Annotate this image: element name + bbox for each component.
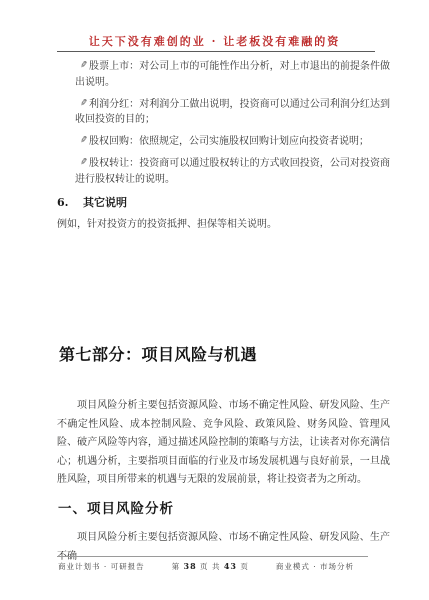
list-item-text: 股票上市：对公司上市的可能性作出分析，对上市退出的前提条件做出说明。 bbox=[75, 61, 390, 88]
section-6-number: 6. bbox=[57, 196, 83, 209]
footer-right-label: 商业模式 · 市场分析 bbox=[276, 561, 354, 572]
pen-icon: ✎ bbox=[74, 155, 89, 173]
footer-rule bbox=[57, 556, 368, 557]
list-item-text: 利润分红：对利润分工做出说明，投资商可以通过公司利润分红达到收回投资的目的； bbox=[75, 99, 390, 126]
list-item: ✎股权回购：依照规定，公司实施股权回购计划应向投资者说明； bbox=[57, 134, 390, 150]
footer-left-label: 商业计划书 · 可研报告 bbox=[58, 561, 145, 572]
list-item-text: 股权转让：投资商可以通过股权转让的方式收回投资，公司对投资商进行股权转让的说明。 bbox=[75, 158, 390, 185]
part7-title: 第七部分：项目风险与机遇 bbox=[59, 342, 257, 365]
section-6-heading: 6.其它说明 bbox=[57, 194, 390, 210]
page-footer: 商业计划书 · 可研报告 第 38 页 共 43 页 商业模式 · 市场分析 bbox=[58, 561, 354, 572]
list-item: ✎股权转让：投资商可以通过股权转让的方式收回投资，公司对投资商进行股权转让的说明… bbox=[57, 156, 390, 187]
header-slogan: 让天下没有难创的业 · 让老板没有难融的资 bbox=[40, 33, 389, 49]
list-item: ✎股票上市：对公司上市的可能性作出分析，对上市退出的前提条件做出说明。 bbox=[57, 59, 390, 90]
footer-page-indicator: 第 38 页 共 43 页 bbox=[172, 561, 249, 572]
part7-intro-paragraph: 项目风险分析主要包括资源风险、市场不确定性风险、研发风险、生产不确定性风险、成本… bbox=[57, 397, 390, 490]
document-page: 让天下没有难创的业 · 让老板没有难融的资 ✎股票上市：对公司上市的可能性作出分… bbox=[0, 0, 429, 600]
total-page-number: 43 bbox=[224, 561, 237, 571]
risk-analysis-heading: 一、项目风险分析 bbox=[58, 497, 174, 517]
header-rule bbox=[57, 51, 375, 52]
current-page-number: 38 bbox=[184, 561, 197, 571]
pen-icon: ✎ bbox=[74, 95, 89, 113]
section-6-title: 其它说明 bbox=[83, 196, 127, 209]
upper-content: ✎股票上市：对公司上市的可能性作出分析，对上市退出的前提条件做出说明。 ✎利润分… bbox=[57, 59, 390, 232]
list-item-text: 股权回购：依照规定，公司实施股权回购计划应向投资者说明； bbox=[89, 136, 369, 147]
pen-icon: ✎ bbox=[74, 58, 89, 76]
list-item: ✎利润分红：对利润分工做出说明，投资商可以通过公司利润分红达到收回投资的目的； bbox=[57, 97, 390, 128]
section-6-body: 例如，针对投资方的投资抵押、担保等相关说明。 bbox=[57, 217, 390, 232]
pen-icon: ✎ bbox=[74, 133, 89, 151]
